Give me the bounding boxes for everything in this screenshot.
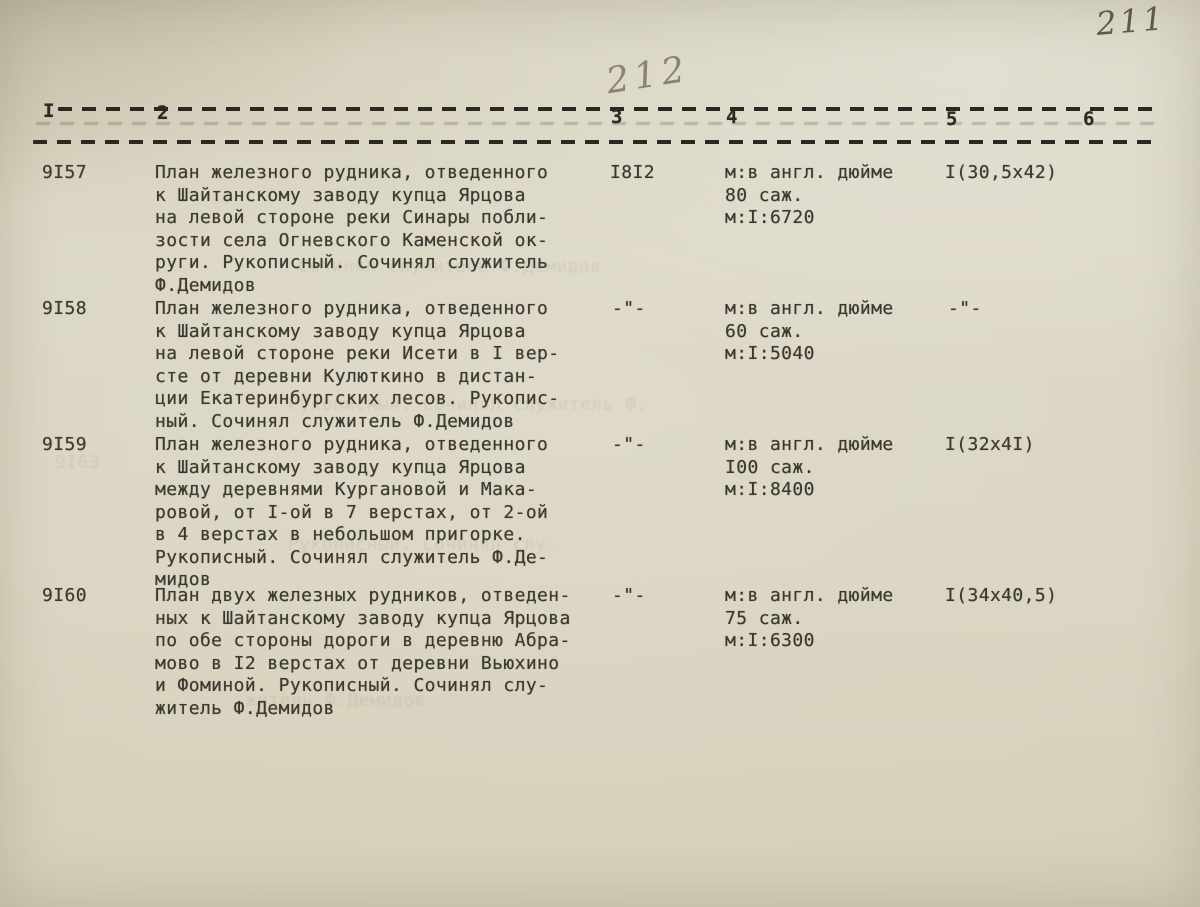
column-header-6: 6	[1083, 108, 1094, 130]
column-header-2: 2	[157, 102, 168, 124]
entry-number: 9I60	[42, 585, 87, 608]
table-header-rule-ghost	[36, 122, 1154, 125]
entry-number: 9I57	[42, 162, 87, 185]
column-header-1: I	[43, 100, 54, 122]
entry-scale: м:в англ. дюйме 75 саж. м:I:6300	[725, 585, 894, 653]
handwritten-center-page-number: 212	[603, 49, 692, 103]
entry-scale: м:в англ. дюйме 80 саж. м:I:6720	[725, 162, 894, 230]
entry-description: План двух железных рудников, отведен- ны…	[155, 585, 571, 720]
entry-date: -"-	[612, 298, 646, 321]
entry-dimensions: I(30,5x42)	[945, 162, 1057, 185]
scanned-document-page: 211 212 Сочинял служитель Ф.Демидов Руко…	[0, 0, 1200, 907]
entry-date: -"-	[612, 585, 646, 608]
entry-dimensions: I(32x4I)	[945, 434, 1035, 457]
column-header-5: 5	[946, 108, 957, 130]
entry-description: План железного рудника, отведенного к Ша…	[155, 162, 548, 297]
entry-date: -"-	[612, 434, 646, 457]
entry-number: 9I59	[42, 434, 87, 457]
column-header-4: 4	[726, 106, 737, 128]
entry-date: I8I2	[610, 162, 655, 185]
entry-dimensions: -"-	[948, 298, 982, 321]
entry-scale: м:в англ. дюйме 60 саж. м:I:5040	[725, 298, 894, 366]
entry-number: 9I58	[42, 298, 87, 321]
entry-description: План железного рудника, отведенного к Ша…	[155, 298, 560, 433]
entry-dimensions: I(34x40,5)	[945, 585, 1057, 608]
table-header-rule-bottom	[33, 140, 1160, 144]
handwritten-corner-page-number: 211	[1094, 0, 1167, 43]
table-header-rule-top	[58, 107, 1160, 111]
column-header-3: 3	[611, 106, 622, 128]
entry-scale: м:в англ. дюйме I00 саж. м:I:8400	[725, 434, 894, 502]
entry-description: План железного рудника, отведенного к Ша…	[155, 434, 548, 592]
